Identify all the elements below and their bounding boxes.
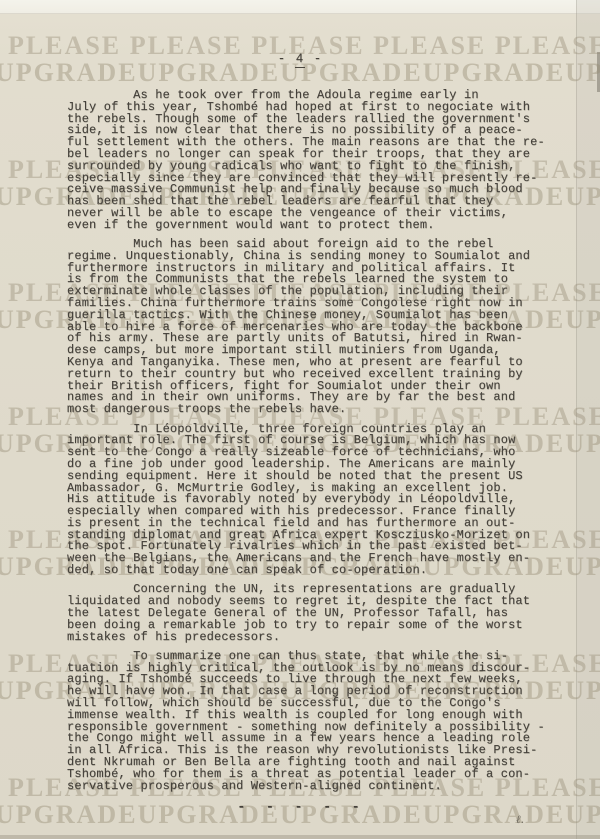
page-number: - 4 - (0, 52, 600, 66)
watermark-word: UPGRADE (565, 431, 600, 457)
watermark-word: UPGRADE (565, 307, 600, 333)
corner-annotation-mark: ℓ. (516, 813, 524, 826)
footer-dashes: - - - - - (0, 799, 600, 814)
page-number-left-dash: - (278, 52, 295, 66)
text-body: As he took over from the Adoula regime e… (67, 90, 567, 800)
page-number-digit: 4 (295, 52, 306, 68)
paragraph-2: Much has been said about foreign aid to … (67, 239, 567, 416)
page-number-right-dash: - (305, 52, 322, 66)
watermark-word: UPGRADE (565, 678, 600, 704)
paragraph-1: As he took over from the Adoula regime e… (67, 90, 567, 232)
watermark-word: UPGRADE (565, 554, 600, 580)
paragraph-3: In Léopoldville, three foreign countries… (67, 424, 567, 577)
paragraph-5: To summarize one can thus state, that wh… (67, 651, 567, 793)
scanned-typewritten-page: { "document": { "page_number": { "left_d… (0, 0, 600, 839)
paragraph-4: Concerning the UN, its representations a… (67, 584, 567, 643)
watermark-word: UPGRADE (565, 184, 600, 210)
